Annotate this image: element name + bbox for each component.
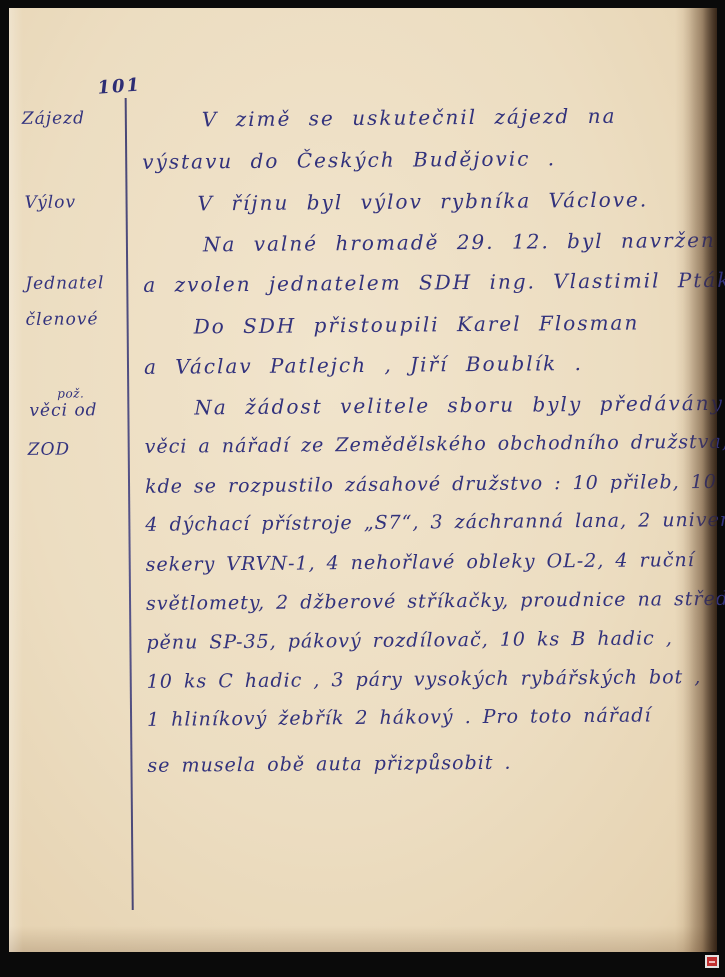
margin-note-veci-od: věci od (29, 400, 97, 421)
handwritten-line: Na žádost velitele sboru byly předávány … (194, 390, 725, 420)
handwritten-line: věci a nářadí ze Zemědělského obchodního… (145, 431, 725, 458)
handwritten-line: výstavu do Českých Budějovic . (142, 146, 556, 174)
handwritten-line: 1 hliníkový žebřík 2 hákový . Pro toto n… (147, 704, 652, 730)
watermark-dash (709, 961, 715, 963)
handwritten-line: kde se rozpustilo zásahové družstvo : 10… (145, 470, 725, 498)
handwritten-line: V říjnu byl výlov rybníka Václove. (197, 187, 648, 215)
handwriting-layer: 101 Zájezd Výlov Jednatel členové pož. v… (0, 0, 725, 977)
margin-note-pozarni-sup: pož. (57, 386, 84, 400)
margin-note-zod: ZOD (28, 440, 71, 460)
margin-rule-line (125, 98, 134, 910)
margin-note-jednatel: Jednatel (25, 273, 104, 294)
handwritten-line: se musela obě auta přizpůsobit . (147, 752, 511, 777)
margin-note-zajezd: Zájezd (22, 108, 85, 129)
handwritten-line: pěnu SP-35, pákový rozdílovač, 10 ks B h… (146, 627, 673, 654)
page-number: 101 (97, 74, 142, 98)
margin-note-clenove: členové (26, 309, 99, 330)
handwritten-line: 4 dýchací přístroje „S7“, 3 záchranná la… (145, 508, 725, 536)
handwritten-line: sekery VRVN-1, 4 nehořlavé obleky OL-2, … (146, 549, 695, 576)
handwritten-line: V zimě se uskutečnil zájezd na (202, 104, 617, 132)
handwritten-line: 10 ks C hadic , 3 páry vysokých rybářský… (147, 666, 702, 693)
handwritten-line: Na valné hromadě 29. 12. byl navržen (203, 228, 716, 256)
watermark-logo-icon (705, 955, 719, 968)
handwritten-line: a zvolen jednatelem SDH ing. Vlastimil P… (143, 268, 725, 297)
handwritten-line: světlomety, 2 džberové stříkačky, proudn… (146, 588, 725, 615)
handwritten-line: a Václav Patlejch , Jiří Boublík . (144, 351, 583, 379)
handwritten-line: Do SDH přistoupili Karel Flosman (194, 311, 640, 339)
margin-note-vylov: Výlov (24, 192, 76, 212)
